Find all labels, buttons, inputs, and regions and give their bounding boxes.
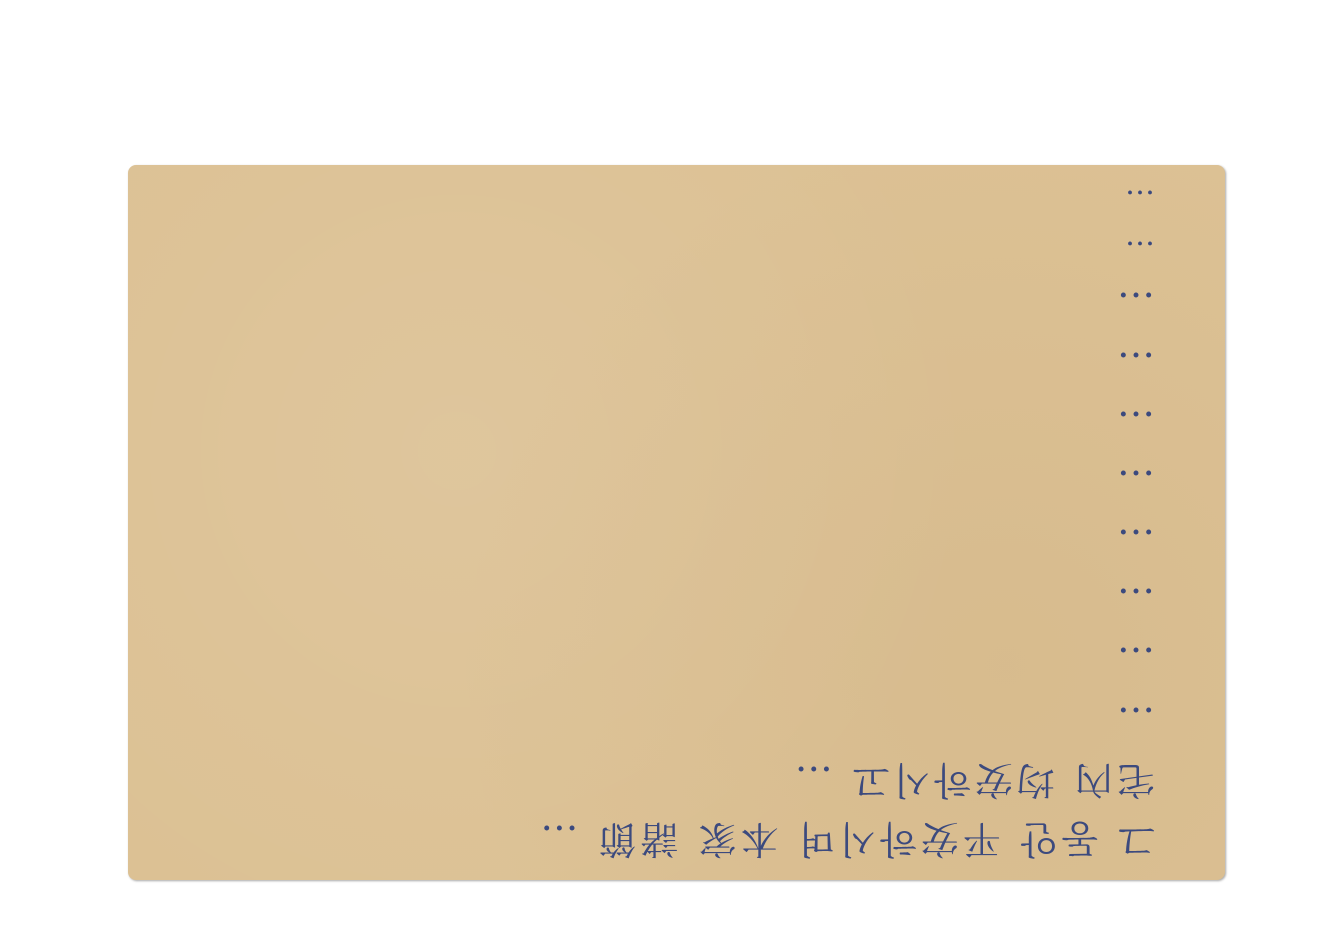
handwritten-line: 宅內 均安하시고 …	[168, 761, 1155, 799]
handwritten-line: …	[168, 347, 1155, 385]
handwritten-line: …	[168, 702, 1155, 740]
handwritten-line: …	[168, 583, 1155, 621]
postcard-text-rotated: 그 동안 平安하시며 本家 諸節 … 宅內 均安하시고 … … … … … … …	[128, 165, 1225, 880]
handwritten-line: …	[168, 287, 1155, 325]
handwritten-line: …	[168, 465, 1155, 503]
signature-line: …	[168, 185, 1155, 215]
handwritten-line: …	[168, 236, 1155, 266]
postcard: 그 동안 平安하시며 本家 諸節 … 宅內 均安하시고 … … … … … … …	[128, 165, 1225, 880]
handwritten-line: …	[168, 406, 1155, 444]
handwritten-line: …	[168, 642, 1155, 680]
handwritten-line: …	[168, 524, 1155, 562]
handwritten-line: 그 동안 平安하시며 本家 諸節 …	[168, 820, 1155, 858]
